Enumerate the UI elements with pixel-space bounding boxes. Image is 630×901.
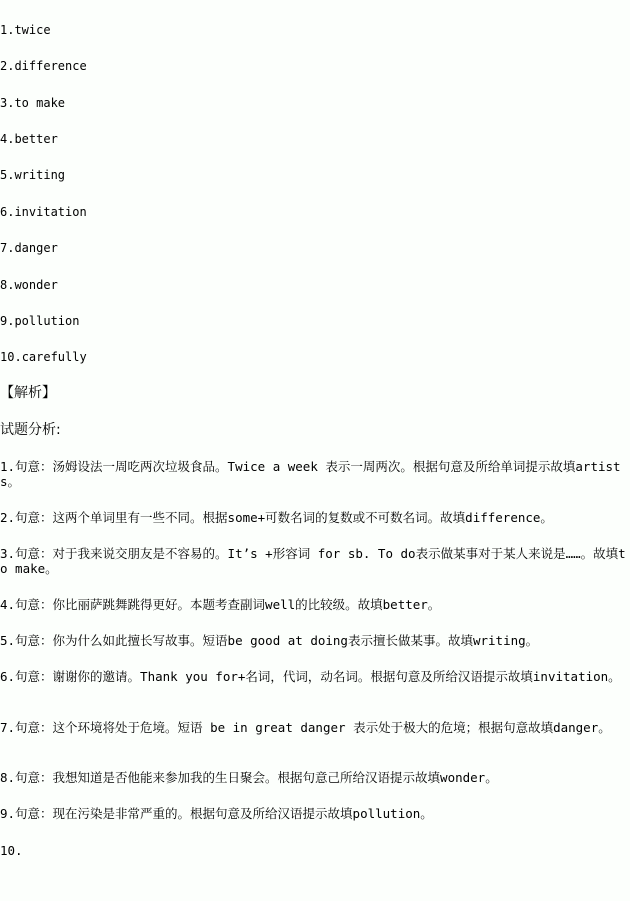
answer-item-8: 8.wonder bbox=[0, 278, 58, 292]
analysis-subheading: 试题分析: bbox=[0, 423, 61, 437]
answer-text: danger bbox=[14, 241, 57, 255]
answer-number: 4. bbox=[0, 132, 14, 146]
answer-text: better bbox=[14, 132, 57, 146]
analysis-heading: 【解析】 bbox=[0, 386, 56, 400]
answer-item-4: 4.better bbox=[0, 132, 58, 146]
explanation-item-3: 3.句意：对于我来说交朋友是不容易的。It’s +形容词 for sb. To … bbox=[0, 546, 628, 576]
explanation-item-4: 4.句意：你比丽萨跳舞跳得更好。本题考查副词well的比较级。故填better。 bbox=[0, 597, 628, 612]
explanation-item-5: 5.句意：你为什么如此擅长写故事。短语be good at doing表示擅长做… bbox=[0, 633, 628, 648]
explanation-item-8: 8.句意：我想知道是否他能来参加我的生日聚会。根据句意己所给汉语提示故填wond… bbox=[0, 770, 628, 785]
answer-item-3: 3.to make bbox=[0, 96, 65, 110]
answer-item-5: 5.writing bbox=[0, 168, 65, 182]
explanation-item-9: 9.句意：现在污染是非常严重的。根据句意及所给汉语提示故填pollution。 bbox=[0, 806, 628, 821]
answer-text: writing bbox=[14, 168, 65, 182]
answer-text: wonder bbox=[14, 278, 57, 292]
answer-item-9: 9.pollution bbox=[0, 314, 79, 328]
answer-text: invitation bbox=[14, 205, 86, 219]
answer-number: 9. bbox=[0, 314, 14, 328]
answer-item-2: 2.difference bbox=[0, 59, 87, 73]
answer-text: difference bbox=[14, 59, 86, 73]
answer-item-7: 7.danger bbox=[0, 241, 58, 255]
answer-item-1: 1.twice bbox=[0, 23, 51, 37]
answer-number: 10. bbox=[0, 350, 22, 364]
answer-number: 8. bbox=[0, 278, 14, 292]
answer-number: 5. bbox=[0, 168, 14, 182]
answer-text: to make bbox=[14, 96, 65, 110]
explanation-item-10: 10. bbox=[0, 843, 628, 858]
answer-text: pollution bbox=[14, 314, 79, 328]
explanation-item-7: 7.句意：这个环境将处于危境。短语 be in great danger 表示处… bbox=[0, 720, 628, 735]
answer-number: 3. bbox=[0, 96, 14, 110]
answer-number: 1. bbox=[0, 23, 14, 37]
answer-text: carefully bbox=[22, 350, 87, 364]
answer-item-10: 10.carefully bbox=[0, 350, 87, 364]
answer-item-6: 6.invitation bbox=[0, 205, 87, 219]
answer-number: 7. bbox=[0, 241, 14, 255]
answer-text: twice bbox=[14, 23, 50, 37]
explanation-item-2: 2.句意：这两个单词里有一些不同。根据some+可数名词的复数或不可数名词。故填… bbox=[0, 510, 628, 525]
explanation-item-1: 1.句意：汤姆设法一周吃两次垃圾食品。Twice a week 表示一周两次。根… bbox=[0, 459, 628, 489]
explanation-item-6: 6.句意：谢谢你的邀请。Thank you for+名词，代词，动名词。根据句意… bbox=[0, 669, 628, 684]
answer-number: 6. bbox=[0, 205, 14, 219]
answer-number: 2. bbox=[0, 59, 14, 73]
